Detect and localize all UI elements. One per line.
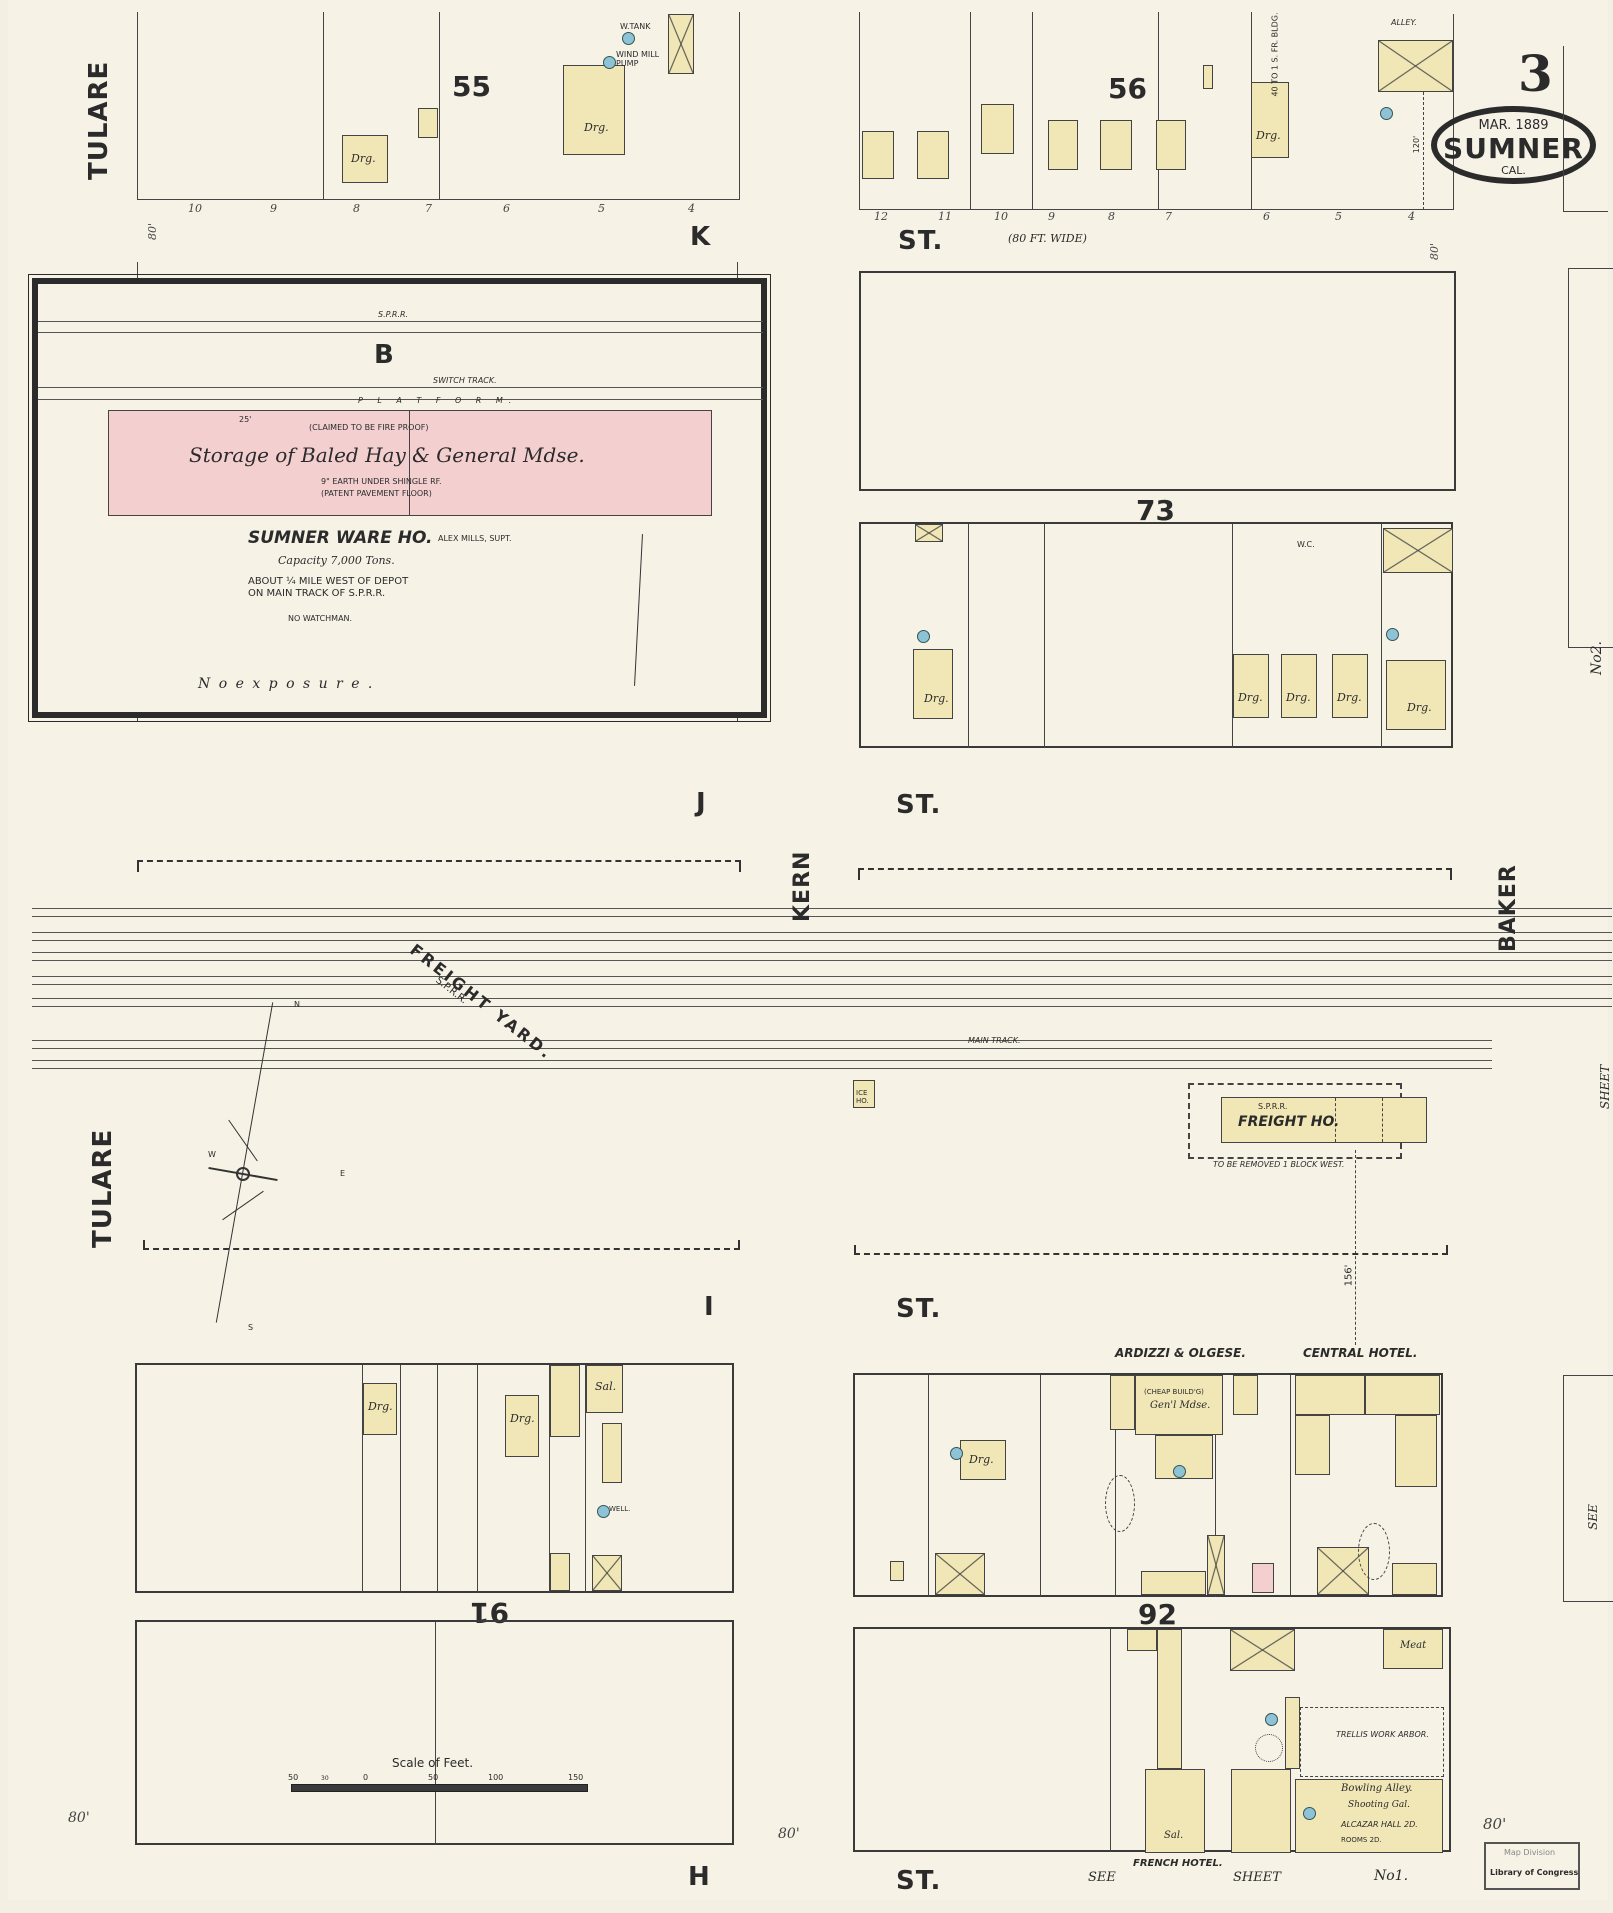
lot-number: 4: [688, 202, 695, 215]
windmill-pump-icon: [603, 56, 616, 69]
street-width-label: 80': [146, 223, 159, 240]
elevated-tank-icon: [1173, 1465, 1186, 1478]
dwelling-label: Drg.: [1286, 691, 1311, 704]
trellis-arbor: TRELLIS WORK ARBOR.: [1300, 1707, 1444, 1777]
french-hotel: Sal.: [1145, 1769, 1205, 1853]
outbuilding-56: [1203, 65, 1213, 89]
rail-track: [32, 940, 1612, 941]
rail-track: [32, 984, 1612, 985]
shed-92-6: [1207, 1535, 1225, 1595]
dwelling-73-18: Drg.: [1233, 654, 1269, 718]
elevated-tank-pump-icon: [1265, 1713, 1278, 1726]
dwelling-91-7: Drg.: [505, 1395, 539, 1457]
meat-shop: Meat: [1383, 1629, 1443, 1669]
street-label-tulare-top: TULARE: [84, 61, 114, 180]
central-hotel-billiards: [1365, 1375, 1440, 1415]
well-label: WELL.: [609, 1505, 630, 1513]
lot-line: [928, 1375, 929, 1597]
street-label-kern: KERN: [790, 851, 815, 922]
rail-track: [32, 908, 1612, 909]
main-track: [32, 1048, 1492, 1049]
lot-line: [437, 1365, 438, 1593]
construction-note: 9" EARTH UNDER SHINGLE RF.: [321, 477, 442, 486]
compass-w: W: [208, 1150, 216, 1159]
switch-track-label: SWITCH TRACK.: [433, 376, 497, 385]
rail-track: [32, 916, 1612, 917]
sprr-label: S.P.R.R.: [378, 310, 408, 319]
inset-letter: B: [374, 340, 395, 370]
dwelling-56-7: [1156, 120, 1186, 170]
watchman-note: NO WATCHMAN.: [288, 614, 352, 623]
block-92-lower: Sal. TRELLIS WORK ARBOR. Meat Bowling Al…: [853, 1627, 1451, 1852]
dwelling-55-7: [418, 108, 438, 138]
sheet-reference-sheet-bottom: SHEET: [1233, 1870, 1281, 1885]
location-note: ABOUT ¼ MILE WEST OF DEPOT: [248, 576, 408, 587]
platform-label: P L A T F O R M.: [358, 396, 517, 405]
saloon-91-9: Sal.: [586, 1365, 623, 1413]
lot-number: 8: [353, 202, 360, 215]
warehouse-name: SUMNER WARE HO.: [248, 528, 433, 548]
main-track-label: MAIN TRACK.: [968, 1036, 1021, 1045]
lot-number: 9: [1048, 210, 1055, 223]
street-label-tulare-bottom: TULARE: [88, 1129, 118, 1248]
wc-label: W.C.: [1297, 540, 1315, 549]
sheet-reference-no2: No2.: [1589, 641, 1605, 675]
freight-house-owner: S.P.R.R.: [1258, 1102, 1287, 1111]
north-arrow-inset: [634, 534, 643, 686]
fireproof-claim: (CLAIMED TO BE FIRE PROOF): [309, 423, 428, 432]
rail-track: [32, 932, 1612, 933]
lot-line: [323, 12, 324, 200]
map-sheet: TULARE 55 Drg. Drg. W.TANK WIND MILL PUM…: [8, 0, 1608, 1900]
water-tank-icon: [622, 32, 635, 45]
lot-number: 12: [874, 210, 888, 223]
block-73-upper: [859, 271, 1456, 491]
sheet-reference-sheet: SHEET: [1598, 1065, 1612, 1109]
compass-ray: [222, 1191, 264, 1220]
lot-number: 7: [1165, 210, 1172, 223]
rooms-91: [602, 1423, 622, 1483]
shed-73: [915, 524, 943, 542]
lot-line: [400, 1365, 401, 1593]
oil-warehouse: [1252, 1563, 1274, 1593]
exposure-note: N o e x p o s u r e .: [198, 676, 374, 692]
rail-track: [32, 1006, 1612, 1007]
sheet-date: MAR. 1889: [1437, 118, 1590, 133]
ice-house: ICE HO.: [853, 1080, 875, 1108]
lot-number: 5: [1335, 210, 1342, 223]
street-label-k-st: ST.: [898, 226, 943, 256]
shed-92-lower: [1157, 1629, 1182, 1769]
shooting-gallery-label: Shooting Gal.: [1348, 1800, 1410, 1810]
block-outline-dashed: [137, 860, 741, 872]
cheap-bldg-label: (CHEAP BUILD'G): [1144, 1388, 1204, 1396]
water-tank-icon: [1380, 107, 1393, 120]
compass-needle: [216, 1002, 273, 1322]
compass-ray: [228, 1120, 257, 1162]
lot-number: 9: [270, 202, 277, 215]
block-91-upper: Drg. Drg. Sal. WELL.: [135, 1363, 734, 1593]
compass-e: E: [340, 1169, 345, 1178]
lot-line: [1044, 524, 1045, 748]
dwelling-56-9: [1048, 120, 1078, 170]
freight-yard-label: FREIGHT YARD.: [406, 940, 557, 1063]
stable-56-4: [1378, 40, 1453, 92]
block-55-right-edge: [739, 12, 740, 200]
lot-number: 4: [1408, 210, 1415, 223]
block-outline-dashed: [854, 1245, 1448, 1255]
superintendent: ALEX MILLS, SUPT.: [438, 534, 512, 543]
sleeping-rooms-92: [1392, 1563, 1437, 1595]
lot-line: [1158, 12, 1159, 210]
warehouse-building: (CLAIMED TO BE FIRE PROOF) Storage of Ba…: [108, 410, 712, 516]
scale-bar: [291, 1784, 588, 1792]
lot-line: [439, 12, 440, 200]
switch-track: [38, 387, 763, 388]
business-central-hotel: CENTRAL HOTEL.: [1303, 1346, 1417, 1360]
street-width-label: 80': [778, 1826, 800, 1842]
lot-line: [1032, 12, 1033, 210]
shed-55-4: [668, 14, 694, 74]
state-name: CAL.: [1437, 164, 1590, 177]
dwelling-55-8: Drg.: [342, 135, 388, 183]
adjacent-sheet-box: [1563, 1375, 1613, 1602]
lot-line: [1290, 1375, 1291, 1597]
windmill-pump-label: WIND MILL PUMP: [616, 50, 661, 68]
street-width-label: 80': [1428, 243, 1441, 260]
dwelling-label: Drg.: [1238, 691, 1263, 704]
french-hotel-label: FRENCH HOTEL.: [1133, 1858, 1223, 1869]
stable-73-15: [1383, 528, 1453, 573]
trellis-label: TRELLIS WORK ARBOR.: [1336, 1730, 1429, 1739]
sleeping-rooms-2d: [1231, 1769, 1291, 1853]
street-label-h: H: [688, 1862, 711, 1892]
sheet-number: 3: [1518, 44, 1553, 103]
block-number-55: 55: [452, 70, 491, 103]
dwelling-91-4: Drg.: [363, 1383, 397, 1435]
outbuilding-92: [890, 1561, 904, 1581]
dimension-label: 156': [1343, 1265, 1354, 1287]
adjacent-sheet-box: [1568, 268, 1613, 648]
town-name: SUMNER: [1437, 132, 1590, 165]
grocery-shed: [1141, 1571, 1206, 1595]
general-mdse-store: (CHEAP BUILD'G) Gen'l Mdse.: [1135, 1375, 1223, 1435]
business-ardizzi-olgese: ARDIZZI & OLGESE.: [1115, 1346, 1246, 1360]
stable-91: [592, 1555, 622, 1591]
dwelling-56-8: [1100, 120, 1132, 170]
edge-line: [1563, 211, 1608, 212]
main-track: [32, 1040, 1492, 1041]
water-tank-icon: [1303, 1807, 1316, 1820]
lot-number: 8: [1108, 210, 1115, 223]
fr-bldg-note: 40 TO 1 S. FR. BLDG.: [1271, 12, 1280, 96]
sheet-reference-see-bottom: SEE: [1088, 1870, 1116, 1885]
block-92-upper: Drg. (CHEAP BUILD'G) Gen'l Mdse.: [853, 1373, 1443, 1597]
dimension-line: [1423, 92, 1424, 210]
dwelling-56-10: [981, 104, 1014, 154]
block-number-56: 56: [1108, 72, 1147, 105]
scale-title: Scale of Feet.: [392, 1756, 473, 1770]
dwelling-label: Drg.: [969, 1453, 994, 1466]
dwelling-56-12: [862, 131, 894, 179]
lot-number: 7: [425, 202, 432, 215]
alcazar-hall: Bowling Alley. Shooting Gal. ALCAZAR HAL…: [1295, 1779, 1443, 1853]
location-note: ON MAIN TRACK OF S.P.R.R.: [248, 588, 385, 599]
w-tank-label: W.TANK: [620, 22, 651, 31]
wood-pile: [1105, 1475, 1135, 1532]
stable-92: [935, 1553, 985, 1595]
block-outline-dashed: [858, 868, 1452, 880]
central-hotel-dining: [1295, 1375, 1365, 1415]
street-width-label: 80': [68, 1810, 90, 1826]
stamp-line2: Library of Congress: [1490, 1868, 1578, 1877]
dwelling-92-2: Drg.: [960, 1440, 1006, 1480]
stamp-line1: Map Division: [1504, 1848, 1555, 1857]
removal-note: TO BE REMOVED 1 BLOCK WEST.: [1213, 1160, 1344, 1169]
dwelling-73-23: Drg.: [913, 649, 953, 719]
lot-number: 10: [994, 210, 1008, 223]
saloon-label: Sal.: [1164, 1830, 1183, 1841]
shed-92-lower-2: [1285, 1697, 1300, 1769]
rail-track: [32, 1068, 1492, 1069]
lot-number: 11: [938, 210, 952, 223]
lot-number: 6: [1263, 210, 1270, 223]
bowling-alley-label: Bowling Alley.: [1341, 1783, 1412, 1794]
warehouse-use: Storage of Baled Hay & General Mdse.: [189, 443, 585, 467]
street-label-i: I: [704, 1292, 715, 1322]
dwelling-label: Drg.: [1256, 129, 1281, 142]
scale-tick: 50: [288, 1773, 298, 1782]
street-label-k: K: [690, 222, 711, 252]
dwelling-73-16: Drg.: [1332, 654, 1368, 718]
dwelling-label: Drg.: [510, 1412, 535, 1425]
saloon-label: Sal.: [595, 1380, 616, 1393]
meat-label: Meat: [1400, 1640, 1426, 1651]
water-tank-icon: [1386, 628, 1399, 641]
street-label-h-st: ST.: [896, 1866, 941, 1896]
rail-track: [32, 976, 1612, 977]
rail-track: [32, 960, 1612, 961]
outbuilding-92-lower: [1127, 1629, 1157, 1651]
title-cartouche: MAR. 1889 SUMNER CAL.: [1431, 106, 1596, 184]
scale-tick: 50: [428, 1773, 438, 1782]
dwelling-label: Drg.: [924, 692, 949, 705]
block-56-left-edge: [859, 12, 860, 210]
lot-line: [435, 1622, 436, 1845]
rail-track: [32, 952, 1612, 953]
dwelling-label: Drg.: [584, 121, 609, 134]
central-hotel-kitchen: [1295, 1415, 1330, 1475]
lot-line: [968, 524, 969, 748]
library-stamp: Map Division Library of Congress: [1484, 1842, 1580, 1890]
scale-tick: 150: [568, 1773, 583, 1782]
justice-court: [1110, 1375, 1135, 1430]
lot-number: 10: [188, 202, 202, 215]
windmill-pump-icon: [950, 1447, 963, 1460]
dwelling-91-8: [550, 1365, 580, 1437]
block-73-lower: Drg. Drg. Drg. Drg. Drg. W.C.: [859, 522, 1453, 748]
partition: [1382, 1098, 1383, 1142]
street-label-baker: BAKER: [1496, 864, 1521, 952]
freight-house: S.P.R.R. FREIGHT HO.: [1221, 1097, 1427, 1143]
rooms-label: ROOMS 2D.: [1341, 1836, 1382, 1844]
capacity: Capacity 7,000 Tons.: [278, 554, 395, 567]
street-label-j: J: [696, 788, 707, 818]
ice-house-label: ICE HO.: [856, 1089, 874, 1105]
lot-line: [1110, 1629, 1111, 1852]
dwelling-73-17: Drg.: [1281, 654, 1317, 718]
edge-line: [1563, 46, 1564, 212]
lot-line: [1040, 1375, 1041, 1597]
scale-tick: 30: [321, 1775, 329, 1782]
stable-92-lower: [1230, 1629, 1295, 1671]
dimension-label: 25': [239, 415, 251, 424]
storage-92-7: [1233, 1375, 1258, 1415]
horse-power-icon: [1255, 1734, 1283, 1762]
lot-number: 5: [598, 202, 605, 215]
alley-label: ALLEY.: [1391, 18, 1417, 27]
street-label-j-st: ST.: [896, 790, 941, 820]
dwelling-label: Drg.: [351, 152, 376, 165]
dimension-label: 120': [1412, 136, 1421, 153]
dwelling-label: Drg.: [1407, 701, 1432, 714]
wood-pile: [1358, 1523, 1390, 1580]
genl-mdse-label: Gen'l Mdse.: [1150, 1400, 1210, 1411]
dwelling-73-15: Drg.: [1386, 660, 1446, 730]
outbuilding-91: [550, 1553, 570, 1591]
scale-tick: 100: [488, 1773, 503, 1782]
lot-line: [970, 12, 971, 210]
compass-n: N: [294, 1000, 300, 1009]
street-width-note: (80 FT. WIDE): [1008, 232, 1087, 245]
street-width-label: 80': [1483, 1815, 1506, 1833]
windmill-icon: [917, 630, 930, 643]
freight-house-label: FREIGHT HO.: [1238, 1114, 1339, 1130]
dwelling-55-5: Drg.: [563, 65, 625, 155]
sheet-reference-see: SEE: [1586, 1504, 1600, 1530]
dwelling-label: Drg.: [1337, 691, 1362, 704]
scale-tick: 0: [363, 1773, 368, 1782]
block-outline-dashed: [143, 1240, 740, 1250]
rail-track: [32, 1060, 1492, 1061]
central-hotel-rooms: [1395, 1415, 1437, 1487]
block-91-lower: [135, 1620, 734, 1845]
alcazar-hall-label: ALCAZAR HALL 2D.: [1341, 1820, 1418, 1829]
lot-line: [477, 1365, 478, 1593]
compass-s: S: [248, 1323, 253, 1332]
sheet-reference-no1: No1.: [1374, 1868, 1408, 1884]
lot-line: [1381, 524, 1382, 748]
block-56-right-edge: [1453, 14, 1454, 210]
rail-line: [38, 321, 763, 322]
construction-note: (PATENT PAVEMENT FLOOR): [321, 489, 432, 498]
lot-number: 6: [503, 202, 510, 215]
dwelling-56-11: [917, 131, 949, 179]
rail-track: [32, 998, 1612, 999]
rail-line: [38, 332, 763, 333]
inset-frame: S.P.R.R. B SWITCH TRACK. P L A T F O R M…: [32, 278, 767, 718]
block-55-left-edge: [137, 12, 138, 200]
street-label-i-st: ST.: [896, 1294, 941, 1324]
dwelling-label: Drg.: [368, 1400, 393, 1413]
